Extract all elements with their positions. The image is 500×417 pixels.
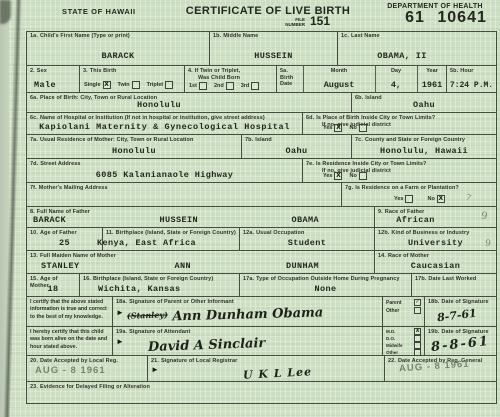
field-label: 7c.County and State or Foreign Country	[355, 137, 494, 144]
option-label: Midwife	[386, 343, 403, 348]
checkbox-triplet	[165, 81, 173, 89]
field-number: 7f.	[30, 185, 37, 191]
field-birth-island: 6b.Island Oahu	[352, 93, 497, 113]
twin-order-options: 1st 2nd 3rd	[189, 82, 266, 90]
field-value: None	[240, 284, 411, 294]
field-father-name: 8.Full Name of Father BARACK HUSSEIN OBA…	[27, 207, 375, 228]
field-hospital: 6c.Name of Hospital or Institution (If n…	[27, 113, 303, 135]
label-text: County and State or Foreign Country	[365, 137, 465, 143]
field-number: 18a.	[116, 299, 127, 305]
field-number: 21.	[151, 358, 159, 364]
label-text: Full Maiden Name of Mother	[40, 253, 116, 259]
field-number: 7a.	[30, 137, 38, 143]
handwritten-date: 8-8-61	[430, 334, 490, 355]
field-number: 7g.	[345, 185, 353, 191]
this-birth-options: SingleX Twin Triplet	[84, 81, 180, 89]
label-text: Street Address	[40, 161, 80, 167]
father-first: BARACK	[33, 215, 66, 225]
field-label: 7b.Island	[245, 137, 349, 144]
label-text: Hour	[460, 68, 473, 74]
field-label: 3.This Birth	[83, 68, 182, 75]
label-text: Signature of Local Registrar	[161, 358, 237, 364]
field-number: 1c.	[341, 33, 349, 39]
field-value: Honolulu	[27, 146, 241, 156]
field-label: 12b.Kind of Business or Industry	[378, 230, 494, 237]
label-text: Is Residence Inside City or Town Limits?	[316, 161, 427, 167]
state-title: STATE OF HAWAII	[62, 7, 136, 16]
field-label: 21.Signature of Local Registrar	[151, 358, 382, 365]
field-registrar-general-date: 22.Date Accepted by Reg. General AUG - 8…	[385, 356, 497, 382]
field-number: 19b.	[428, 329, 439, 335]
option-label: Other	[386, 350, 398, 355]
month-value: August	[303, 80, 375, 90]
handwritten-date: 8-7-61	[436, 307, 477, 325]
field-value: 25	[27, 238, 102, 248]
field-local-registrar-date: 20.Date Accepted by Local Reg. AUG - 8 1…	[27, 356, 148, 382]
field-label: 7g.Is Residence on a Farm or Plantation?	[345, 185, 494, 192]
field-number: 19a.	[116, 329, 127, 335]
option-label: Parent	[386, 300, 402, 306]
field-mother-birthplace: 16.Birthplace (Island, State or Foreign …	[80, 274, 240, 297]
label-text: Is Residence on a Farm or Plantation?	[355, 185, 459, 191]
field-number: 22.	[388, 358, 396, 364]
field-attendant-date: 19b.Date of Signature 8-8-61	[425, 327, 497, 356]
field-value: Student	[240, 238, 374, 248]
field-label: 4.If Twin or Triplet,Was Child Born	[188, 68, 274, 81]
field-label: 17a.Type of Occupation Outside Home Duri…	[243, 276, 409, 283]
field-label: 17b.Date Last Worked	[415, 276, 494, 283]
field-number: 13.	[30, 253, 38, 259]
label-text: Signature of Attendant	[129, 329, 190, 335]
checkbox-single: X	[103, 81, 111, 89]
option-label: Yes	[394, 196, 403, 202]
signature-text: Ann Dunham Obama	[172, 305, 323, 324]
yes-no-options: YesX No	[323, 124, 374, 132]
signature-arrow-icon: ►	[151, 366, 159, 374]
option-label: Other	[386, 308, 399, 314]
mother-maiden: DUNHAM	[286, 261, 319, 271]
field-twin-order: 4.If Twin or Triplet,Was Child Born 1st …	[185, 66, 277, 93]
field-label: 7f.Mother's Mailing Address	[30, 185, 339, 192]
checkbox-parent: ✓	[414, 299, 421, 306]
field-child-last-name: 1c.Last Name OBAMA, II	[338, 31, 497, 66]
attendant-certification-text: I hereby certify that this child was bor…	[27, 327, 113, 356]
field-label: 16.Birthplace (Island, State or Foreign …	[83, 276, 237, 283]
label-text: Usual Residence of Mother: City, Town or…	[40, 137, 194, 143]
registrar-signature: U K L Lee	[243, 365, 313, 382]
field-this-birth: 3.This Birth SingleX Twin Triplet	[80, 66, 185, 93]
field-value: BARACK	[27, 51, 209, 61]
field-label: 5a.Birth Date	[280, 68, 304, 88]
field-value: African	[375, 215, 456, 225]
year-value: 1961	[417, 80, 447, 90]
father-middle: HUSSEIN	[159, 215, 198, 225]
option-label: M.D.	[386, 329, 396, 334]
label-text: Mother's Mailing Address	[39, 185, 108, 191]
field-father-occupation: 12a.Usual Occupation Student	[240, 228, 375, 251]
field-label: 7d.Street Address	[30, 161, 300, 168]
checkbox-other	[414, 349, 421, 356]
field-label: 12a.Usual Occupation	[243, 230, 372, 237]
field-number: 11.	[106, 230, 114, 236]
label-text: Age of Father	[40, 230, 77, 236]
field-farm-or-plantation: 7g.Is Residence on a Farm or Plantation?…	[342, 183, 497, 207]
field-label: 1b.Middle Name	[213, 33, 335, 40]
checkbox-1st	[199, 82, 207, 90]
field-value: Caucasian	[375, 261, 496, 271]
father-last: OBAMA	[291, 215, 319, 225]
field-value: Oahu	[352, 100, 496, 110]
field-number: 7b.	[245, 137, 253, 143]
field-label: 20.Date Accepted by Local Reg.	[30, 358, 145, 365]
file-number-label: FILE NUMBER	[270, 17, 305, 28]
field-father-race: 9.Race of Father African	[375, 207, 497, 228]
field-father-birthplace: 11.Birthplace (Island, State or Foreign …	[103, 228, 240, 251]
field-number: 6c.	[30, 115, 38, 121]
checkbox-other	[414, 307, 421, 314]
month-label: Month	[303, 68, 375, 74]
field-number: 10.	[30, 230, 38, 236]
field-label: 1a.Child's First Name (Type or print)	[30, 33, 207, 40]
checkbox-yes: X	[334, 172, 342, 180]
option-label: Single	[84, 82, 101, 88]
field-label: 11.Birthplace (Island, State or Foreign …	[106, 230, 237, 237]
label-text: Race of Mother	[388, 253, 429, 259]
field-label: 10.Age of Father	[30, 230, 100, 237]
field-number: 3.	[83, 68, 88, 74]
field-street-address: 7d.Street Address 6085 Kalanianaole High…	[27, 159, 303, 183]
label-text: Date Last Worked	[428, 276, 476, 282]
birth-certificate-document: STATE OF HAWAII CERTIFICATE OF LIVE BIRT…	[0, 0, 500, 417]
field-value: BARACK HUSSEIN OBAMA	[27, 215, 374, 225]
option-label: Yes	[323, 173, 332, 179]
field-value: 7:24 P.M.	[447, 81, 496, 90]
checkbox-no: X	[437, 195, 445, 203]
field-local-registrar-signature: 21.Signature of Local Registrar ► U K L …	[148, 356, 385, 382]
checkbox-yes: X	[334, 124, 342, 132]
field-label: 1c.Last Name	[341, 33, 494, 40]
field-number: 12b.	[378, 230, 389, 236]
field-label: 18b.Date of Signature	[428, 299, 494, 306]
label-text: Type of Occupation Outside Home During P…	[256, 276, 399, 282]
field-label: 23.Evidence for Delayed Filing or Altera…	[30, 384, 494, 391]
yes-no-options: YesX No	[323, 172, 374, 180]
field-value: Wichita, Kansas	[80, 284, 239, 294]
label-text: Birthplace (Island, State or Foreign Cou…	[116, 230, 236, 236]
label-text: Kind of Business or Industry	[391, 230, 469, 236]
option-label: No	[349, 125, 356, 131]
checkbox-no	[359, 124, 367, 132]
signature-arrow-icon: ►	[116, 309, 124, 317]
mother-middle: ANN	[174, 261, 191, 271]
label-text: Evidence for Delayed Filing or Alteratio…	[40, 384, 150, 390]
checkbox-no	[359, 172, 367, 180]
corner-shadow	[0, 0, 11, 24]
checkbox-yes	[405, 195, 413, 203]
field-value: Oahu	[242, 146, 351, 156]
field-mother-race: 14.Race of Mother Caucasian	[375, 251, 497, 274]
option-label: Twin	[118, 82, 130, 88]
field-date-last-worked: 17b.Date Last Worked	[412, 274, 497, 297]
field-number: 23.	[30, 384, 38, 390]
checkbox-do	[414, 335, 421, 342]
option-label: 3rd	[241, 83, 250, 89]
label-text: Name of Hospital or Institution (If not …	[40, 115, 265, 121]
attendant-signature: David A Sinclair	[148, 336, 266, 355]
option-label: No	[427, 196, 434, 202]
field-value: Kenya, East Africa	[97, 238, 239, 248]
file-number: 151	[310, 14, 330, 28]
parent-other-checkboxes: Parent✓ Other	[382, 297, 424, 326]
field-number: 5a.	[280, 68, 288, 74]
field-number: 7d.	[30, 161, 38, 167]
label-text: Usual Occupation	[256, 230, 304, 236]
field-residence-island: 7b.Island Oahu	[242, 135, 352, 159]
field-value: Honolulu	[27, 100, 291, 110]
field-number: 7e.	[306, 161, 314, 167]
option-label: No	[349, 173, 356, 179]
mother-first: STANLEY	[41, 261, 80, 271]
field-label: 2.Sex	[30, 68, 77, 75]
field-attendant-signature: 19a.Signature of Attendant ► David A Sin…	[113, 327, 425, 356]
field-residence-inside-limits: 7e.Is Residence Inside City or Town Limi…	[303, 159, 497, 183]
label-text-line2: Was Child Born	[198, 75, 240, 81]
label-text: Last Name	[351, 33, 380, 39]
field-father-age: 10.Age of Father 25	[27, 228, 103, 251]
field-number: 12a.	[243, 230, 254, 236]
field-value: STANLEY ANN DUNHAM	[27, 261, 374, 271]
label-text: Date Accepted by Local Reg.	[40, 358, 118, 364]
attendant-type-checkboxes: M.D.X D.O. Midwife Other	[382, 327, 424, 355]
field-number: 20.	[30, 358, 38, 364]
signature-arrow-icon: ►	[116, 338, 124, 346]
document-title: CERTIFICATE OF LIVE BIRTH	[168, 5, 368, 17]
checkbox-twin	[132, 81, 140, 89]
day-label: Day	[375, 68, 417, 74]
field-value: Kapiolani Maternity & Gynecological Hosp…	[27, 122, 302, 132]
checkbox-md: X	[414, 328, 421, 335]
option-label: D.O.	[386, 336, 395, 341]
field-label: 13.Full Maiden Name of Mother	[30, 253, 372, 260]
field-value: University	[375, 238, 496, 248]
field-hour: 5b.Hour 7:24 P.M.	[447, 66, 497, 93]
year-label: Year	[417, 68, 447, 74]
informant-certification-text: I certify that the above stated informat…	[27, 297, 113, 327]
label-text: Sex	[37, 68, 47, 74]
option-label: Triplet	[147, 82, 164, 88]
option-label: Yes	[323, 125, 332, 131]
field-number: 4.	[188, 68, 193, 74]
label-text: This Birth	[90, 68, 117, 74]
field-value: 18	[27, 284, 79, 294]
label-text: Birthplace (Island, State or Foreign Cou…	[93, 276, 213, 282]
field-mother-occupation: 17a.Type of Occupation Outside Home Duri…	[240, 274, 412, 297]
pencil-mark: 9	[484, 239, 491, 250]
field-number: 5b.	[450, 68, 458, 74]
checkbox-midwife	[414, 342, 421, 349]
field-father-industry: 12b.Kind of Business or Industry Univers…	[375, 228, 497, 251]
field-label: 7a.Usual Residence of Mother: City, Town…	[30, 137, 239, 144]
field-value: 6085 Kalanianaole Highway	[27, 170, 302, 180]
label-text: Is Place of Birth Inside City or Town Li…	[316, 115, 435, 121]
field-value: Honolulu, Hawaii	[352, 146, 496, 156]
field-number: 18b.	[428, 299, 439, 305]
field-number: 1b.	[213, 33, 221, 39]
field-birth-date: 5a.Birth Date Month Day Year August 4, 1…	[277, 66, 447, 93]
field-mother-name: 13.Full Maiden Name of Mother STANLEY AN…	[27, 251, 375, 274]
label-text: Middle Name	[223, 33, 258, 39]
field-mailing-address: 7f.Mother's Mailing Address	[27, 183, 342, 207]
field-birth-city: 6a.Place of Birth: City, Town or Rural L…	[27, 93, 352, 113]
field-child-first-name: 1a.Child's First Name (Type or print) BA…	[27, 31, 210, 66]
file-label-line2: NUMBER	[270, 22, 305, 27]
field-label: 14.Race of Mother	[378, 253, 494, 260]
field-sex: 2.Sex Male	[27, 66, 80, 93]
field-informant-signature: 18a.Signature of Parent or Other Informa…	[113, 297, 425, 327]
field-value: OBAMA, II	[308, 51, 496, 61]
label-text: Island	[255, 137, 272, 143]
field-number: 16.	[83, 276, 91, 282]
field-number: 1a.	[30, 33, 38, 39]
field-number: 14.	[378, 253, 386, 259]
label-text: If Twin or Triplet,	[195, 68, 241, 74]
label-text: Birth Date	[280, 75, 293, 88]
date-stamp: AUG - 8 1961	[35, 365, 106, 376]
field-number: 2.	[30, 68, 35, 74]
field-number: 6d.	[306, 115, 314, 121]
label-text: Signature of Parent or Other Informant	[129, 299, 234, 305]
checkbox-3rd	[251, 82, 259, 90]
checkbox-2nd	[226, 82, 234, 90]
field-number: 7c.	[355, 137, 363, 143]
label-text: Child's First Name (Type or print)	[40, 33, 130, 39]
field-evidence-delayed-filing: 23.Evidence for Delayed Filing or Altera…	[27, 382, 497, 404]
field-label: 5b.Hour	[450, 68, 494, 75]
field-label: 18a.Signature of Parent or Other Informa…	[116, 299, 422, 306]
certificate-number: 61 10641	[396, 9, 496, 27]
field-number: 17b.	[415, 276, 426, 282]
field-residence-city: 7a.Usual Residence of Mother: City, Town…	[27, 135, 242, 159]
field-birth-inside-limits: 6d.Is Place of Birth Inside City or Town…	[303, 113, 497, 135]
field-informant-date: 18b.Date of Signature 8-7-61	[425, 297, 497, 327]
option-label: 1st	[189, 83, 197, 89]
day-value: 4,	[375, 80, 417, 90]
signature-struck-text: (Stanley)	[127, 310, 168, 321]
field-residence-county: 7c.County and State or Foreign Country H…	[352, 135, 497, 159]
option-label: 2nd	[214, 83, 224, 89]
label-text: Date of Signature	[441, 299, 488, 305]
field-number: 15.	[30, 276, 38, 282]
field-label: 6c.Name of Hospital or Institution (If n…	[30, 115, 300, 122]
field-mother-age: 15.Age of Mother 18	[27, 274, 80, 297]
field-label: 19a.Signature of Attendant	[116, 329, 422, 336]
field-value: Male	[27, 80, 79, 90]
field-number: 17a.	[243, 276, 254, 282]
yes-no-options: Yes NoX	[394, 195, 452, 203]
informant-signature: (Stanley) Ann Dunham Obama	[127, 305, 324, 325]
